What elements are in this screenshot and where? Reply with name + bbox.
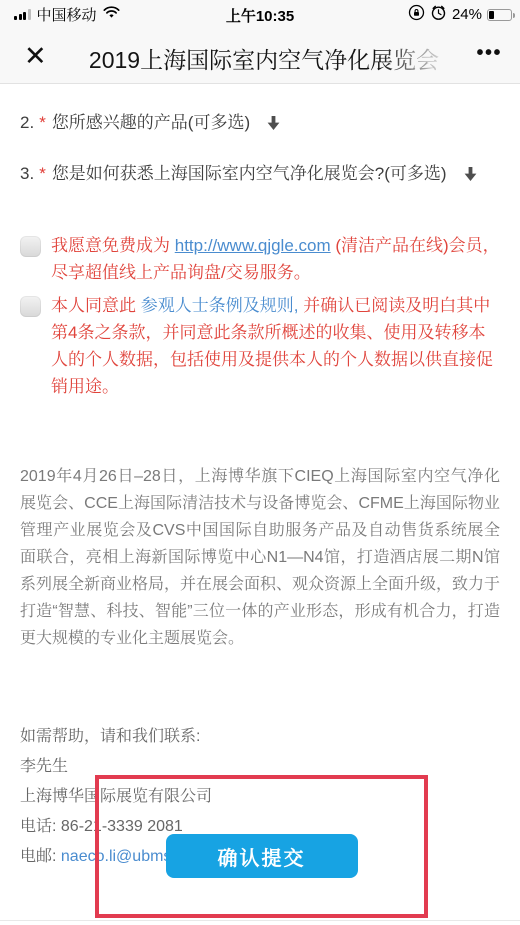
terms-checkbox[interactable]	[20, 296, 41, 317]
down-arrow-icon[interactable]	[266, 116, 281, 131]
membership-checkbox[interactable]	[20, 236, 41, 257]
exhibition-description: 2019年4月26日–28日，上海博华旗下CIEQ上海国际室内空气净化展览会、C…	[20, 463, 500, 652]
down-arrow-icon[interactable]	[463, 167, 478, 182]
email-label: 电邮:	[20, 848, 61, 865]
terms-consent-row: 本人同意此 参观人士条例及规则, 并确认已阅读及明白其中第4条之条款，并同意此条…	[20, 292, 500, 400]
battery-percent-label: 24%	[452, 6, 482, 23]
question-3: 3. * 您是如何获悉上海国际室内空气净化展览会?(可多选)	[20, 163, 500, 185]
status-bar: 中国移动 上午10:35 24%	[0, 0, 520, 28]
consent-text-pre: 我愿意免费成为	[51, 236, 175, 255]
question-3-number: 3.	[20, 163, 34, 185]
submit-button[interactable]: 确认提交	[166, 834, 358, 878]
question-3-label: 您是如何获悉上海国际室内空气净化展览会?(可多选)	[52, 163, 447, 185]
question-2-label: 您所感兴趣的产品(可多选)	[52, 112, 250, 134]
rotation-lock-icon	[408, 4, 425, 25]
question-2: 2. * 您所感兴趣的产品(可多选)	[20, 112, 500, 134]
question-2-number: 2.	[20, 112, 34, 134]
header: 中国移动 上午10:35 24% ✕ 2019上海国际室内空气净化展览会 •••	[0, 0, 520, 84]
qjgle-link[interactable]: http://www.qjgle.com	[175, 236, 331, 255]
page-bottom-divider	[0, 920, 520, 921]
contact-heading: 如需帮助，请和我们联系:	[20, 722, 500, 752]
membership-consent-row: 我愿意免费成为 http://www.qjgle.com (清洁产品在线)会员，…	[20, 232, 500, 286]
terms-consent-text: 本人同意此 参观人士条例及规则, 并确认已阅读及明白其中第4条之条款，并同意此条…	[51, 292, 500, 400]
phone-label: 电话:	[20, 818, 61, 835]
status-right: 24%	[408, 4, 512, 25]
navigation-bar: ✕ 2019上海国际室内空气净化展览会 •••	[0, 28, 520, 84]
alarm-clock-icon	[430, 4, 447, 25]
close-icon[interactable]: ✕	[24, 40, 47, 72]
more-menu-icon[interactable]: •••	[476, 42, 502, 65]
membership-consent-text: 我愿意免费成为 http://www.qjgle.com (清洁产品在线)会员，…	[51, 232, 500, 286]
terms-text-pre: 本人同意此	[51, 296, 141, 315]
wechat-webview-screen: 中国移动 上午10:35 24% ✕ 2019上海国际室内空气净化展览会 •••	[0, 0, 520, 925]
annotation-highlight-box: 确认提交	[95, 775, 428, 918]
page-title: 2019上海国际室内空气净化展览会	[70, 42, 458, 75]
visitor-rules-link[interactable]: 参观人士条例及规则,	[141, 296, 299, 315]
form-content: 2. * 您所感兴趣的产品(可多选) 3. * 您是如何获悉上海国际室内空气净化…	[0, 85, 520, 872]
battery-icon	[487, 9, 512, 21]
required-asterisk: *	[39, 163, 46, 185]
required-asterisk: *	[39, 112, 46, 134]
